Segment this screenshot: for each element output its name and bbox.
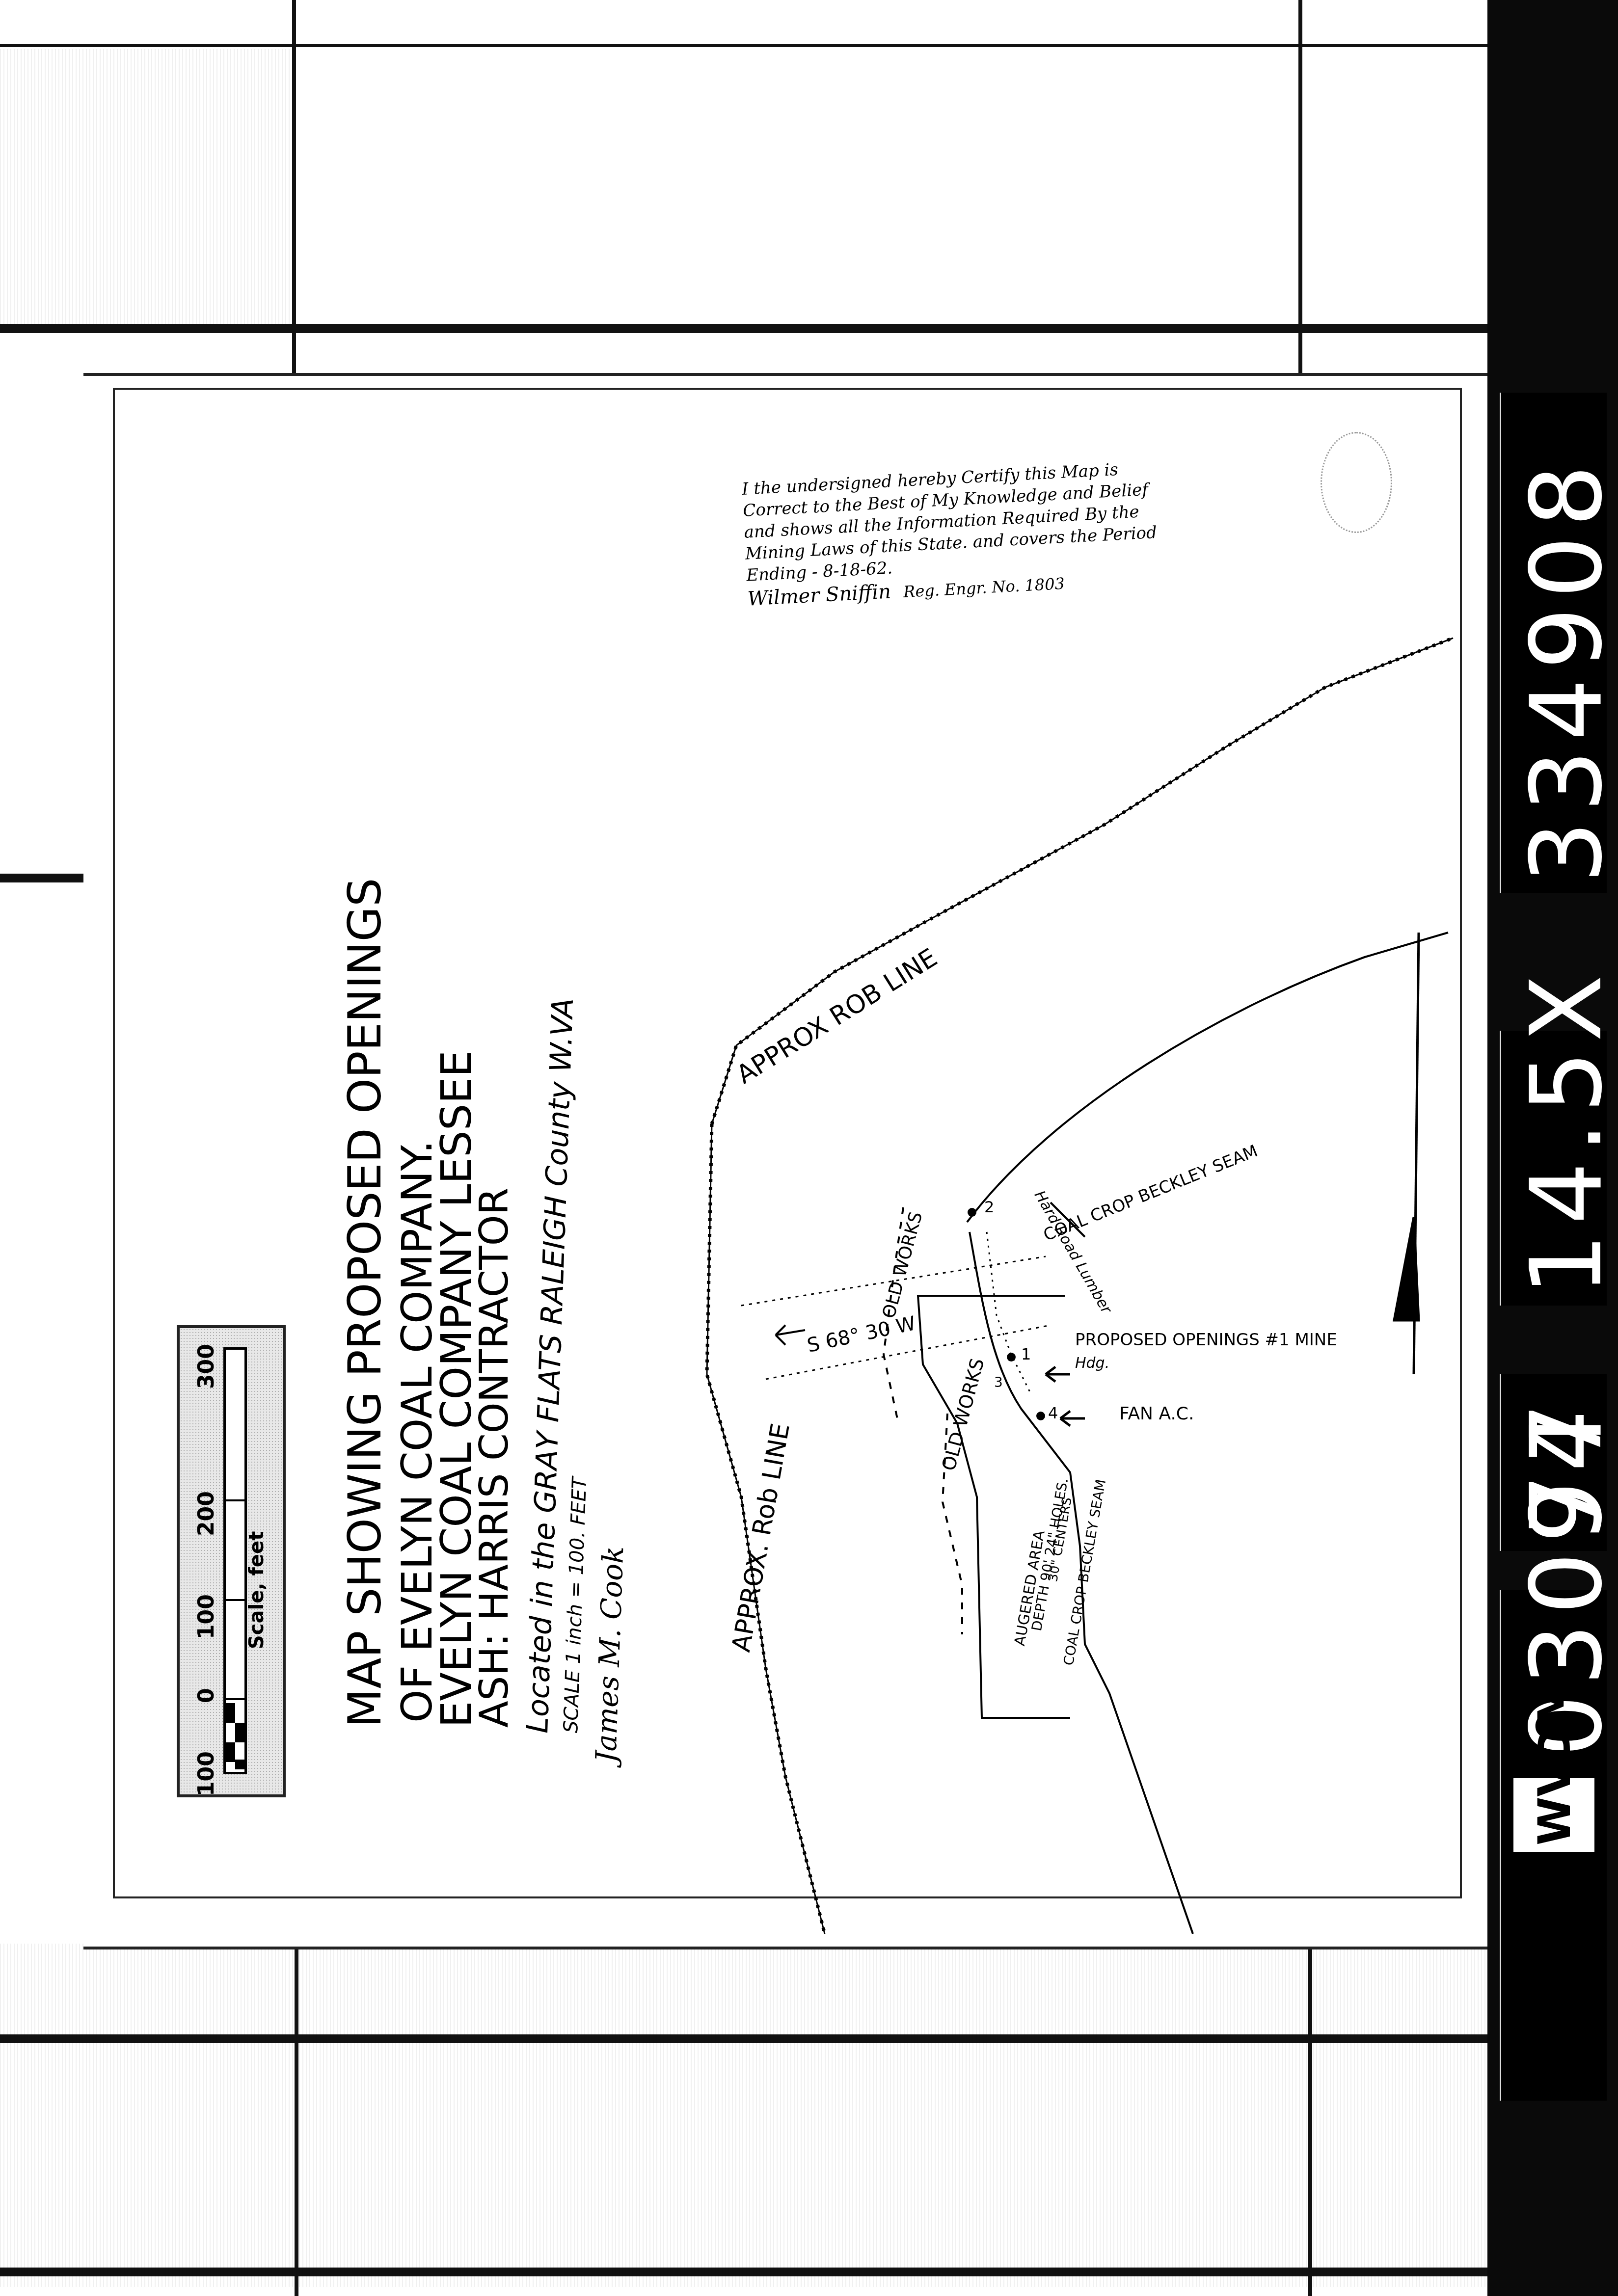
- opening-number: 1: [1021, 1345, 1031, 1363]
- fan-label: FAN A.C.: [1119, 1404, 1194, 1424]
- proposed-openings-label: PROPOSED OPENINGS #1 MINE: [1075, 1330, 1337, 1350]
- opening-number: 2: [984, 1198, 994, 1216]
- opening-number: 3: [994, 1374, 1003, 1390]
- dark-wedge: [1394, 1217, 1419, 1320]
- arrow-bearing: [776, 1325, 805, 1345]
- opening-4-marker: [1036, 1412, 1045, 1420]
- opening-2-marker: [968, 1208, 976, 1217]
- opening-1-marker: [1007, 1353, 1016, 1362]
- arrow-fan: [1060, 1411, 1085, 1426]
- augered-area-box: [918, 1296, 1070, 1718]
- opening-number: 4: [1048, 1404, 1058, 1422]
- arrow-proposed: [1046, 1367, 1070, 1382]
- property-line-top: [712, 638, 1453, 1124]
- mine-map-drawing: [0, 0, 1618, 2296]
- proposed-openings-sublabel: Hdg.: [1075, 1355, 1109, 1372]
